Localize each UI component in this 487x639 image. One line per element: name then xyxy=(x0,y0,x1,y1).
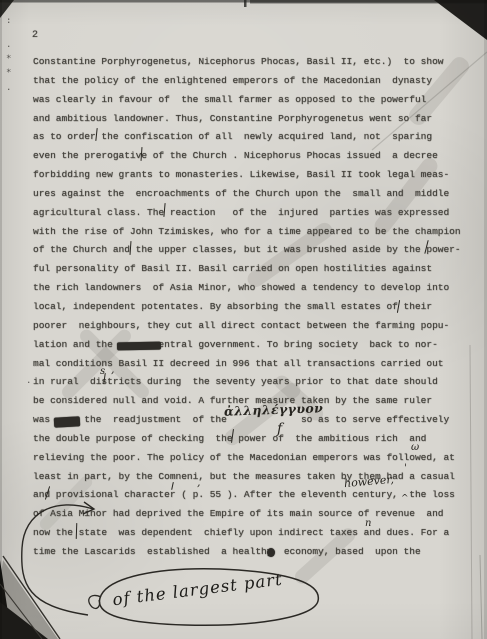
typescript-line: time the Lascarids established a healthy… xyxy=(33,543,473,562)
typescript-line: ful personality of Basil II. Basil carri… xyxy=(33,260,473,279)
typescript-line: the double purpose of checking the power… xyxy=(33,430,473,449)
inserted-letter-w: ω xyxy=(411,442,419,453)
corner-top-right xyxy=(434,0,487,40)
typescript-body: Constantine Porphyrogenetus, Nicephorus … xyxy=(33,53,473,562)
ink-overstrike xyxy=(267,548,275,557)
fold-crease xyxy=(0,584,42,639)
typescript-line: mal conditions Basil II decreed in 996 t… xyxy=(33,355,473,374)
typescript-line: of the Church and the upper classes, but… xyxy=(33,241,473,260)
typescript-line: lation and the central government. To br… xyxy=(33,336,473,355)
corner-bottom-left xyxy=(0,560,12,639)
scanned-typescript-page: 2 : . * * . . Constantine Porphyrogenetu… xyxy=(0,0,487,639)
margin-mark: * xyxy=(6,68,11,78)
typescript-line: ures against the encroachments of the Ch… xyxy=(33,185,473,204)
inserted-letter-n: n xyxy=(365,518,371,529)
circled-handwritten-note: of the largest part xyxy=(111,570,283,610)
paper-edge-left xyxy=(0,0,2,639)
typescript-line: that the policy of the enlightened emper… xyxy=(33,72,473,91)
paper-edge-line xyxy=(480,555,482,639)
page-number: 2 xyxy=(32,30,38,41)
registration-tick xyxy=(244,0,247,7)
corner-bottom-left-fold xyxy=(0,560,58,639)
margin-mark: . xyxy=(6,40,11,50)
typescript-line: least in part, by the Comneni, but the m… xyxy=(33,468,473,487)
typescript-line: agricultural class. The reaction of the … xyxy=(33,204,473,223)
scan-top-edge xyxy=(250,0,487,4)
struck-out-word xyxy=(54,416,80,427)
margin-mark: . xyxy=(6,83,11,93)
typescript-line: poorer neighbours, they cut all direct c… xyxy=(33,317,473,336)
scan-top-edge xyxy=(0,0,487,3)
margin-mark: : xyxy=(6,16,11,26)
margin-mark: * xyxy=(6,54,11,64)
typescript-line: local, independent potentates. By absorb… xyxy=(33,298,473,317)
typescript-line: forbidding new grants to monasteries. Li… xyxy=(33,166,473,185)
typescript-line: was clearly in favour of the small farme… xyxy=(33,91,473,110)
typescript-line: now the state was dependent chiefly upon… xyxy=(33,524,473,543)
typescript-line: and ambitious landowner. Thus, Constanti… xyxy=(33,110,473,129)
typescript-line: the rich landowners of Asia Minor, who s… xyxy=(33,279,473,298)
typescript-line: as to order the confiscation of all newl… xyxy=(33,128,473,147)
struck-out-word xyxy=(117,342,161,351)
margin-dot: . xyxy=(26,376,31,386)
fold-crease xyxy=(3,556,60,639)
typescript-line: in rural districts during the seventy ye… xyxy=(33,373,473,392)
inserted-letter-f: f xyxy=(277,421,282,437)
inserted-comma: , xyxy=(111,363,115,376)
note-ellipse-squiggle xyxy=(89,595,101,608)
typescript-line: with the rise of John Tzimiskes, who for… xyxy=(33,223,473,242)
inserted-comma: , xyxy=(197,476,201,489)
typescript-line: even the prerogative of the Church . Nic… xyxy=(33,147,473,166)
corner-bottom-left xyxy=(0,602,48,639)
insertion-caret: ^ xyxy=(401,494,409,504)
typescript-line: relieving the poor. The policy of the Ma… xyxy=(33,449,473,468)
typescript-line: Constantine Porphyrogenetus, Nicephorus … xyxy=(33,53,473,72)
inserted-letter-s: s xyxy=(100,366,105,377)
inserted-apostrophe: ' xyxy=(404,463,407,474)
typescript-line: of Asia Minor had deprived the Empire of… xyxy=(33,505,473,524)
